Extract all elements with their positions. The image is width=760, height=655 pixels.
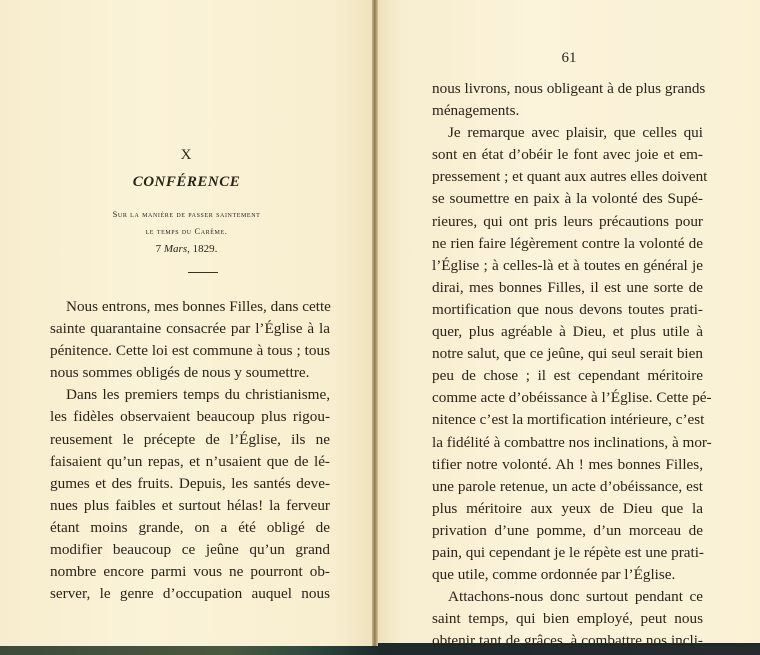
- text-line: nous livrons, nous obligeant à de plus g…: [432, 78, 703, 100]
- text-line: server, le genre d’occupation auquel nou…: [50, 583, 330, 605]
- page-number: 61: [378, 50, 760, 67]
- section-rule: [188, 272, 218, 273]
- text-line: tifier notre volonté. Ah ! mes bonnes Fi…: [432, 454, 703, 476]
- text-line: ménagements.: [432, 100, 703, 122]
- text-line: sainte quarantaine consacrée par l’Églis…: [50, 318, 330, 340]
- text-line: mortification que nous devons toutes pra…: [432, 299, 703, 321]
- text-line: privation d’une pomme, d’un morceau de: [432, 520, 703, 542]
- date-year: 1829.: [193, 243, 218, 255]
- chapter-subtitle-line2: le temps du Carême.: [0, 226, 373, 236]
- text-line: notre salut, que ce jeûne, qui seul sera…: [432, 343, 703, 365]
- chapter-date: 7 Mars, 1829.: [0, 243, 373, 255]
- text-line: saint temps, qui bien employé, peut nous: [432, 608, 703, 630]
- text-line: faisaient qu’un repas, et n’usaient que …: [50, 451, 330, 473]
- text-line: reusement le précepte de l’Église, ils n…: [50, 429, 330, 451]
- text-line: gumes et des fruits. Depuis, les santés …: [50, 473, 330, 495]
- text-line: se soumettre en paix à la volonté des Su…: [432, 188, 703, 210]
- text-line: plus méritoire aux yeux de Dieu que la: [432, 498, 703, 520]
- text-line: nous sommes obligés de nous y soumettre.: [50, 362, 330, 384]
- text-line: Nous entrons, mes bonnes Filles, dans ce…: [50, 296, 330, 318]
- text-line: Dans les premiers temps du christianisme…: [50, 384, 330, 406]
- text-line: sont en état d’obéir le font avec joie e…: [432, 144, 703, 166]
- text-line: étant moins grande, on a été obligé de: [50, 517, 330, 539]
- text-line: nombre encore parmi vous ne pourront ob-: [50, 561, 330, 583]
- text-line: Je remarque avec plaisir, que celles qui: [432, 122, 703, 144]
- text-line: une parole retenue, un acte d’obéissance…: [432, 476, 703, 498]
- text-line: comme acte d’obéissance à l’Église. Cett…: [432, 387, 703, 409]
- text-line: l’Église ; à celles-là et à toutes en gé…: [432, 255, 703, 277]
- text-line: quer, plus agréable à Dieu, et plus util…: [432, 321, 703, 343]
- text-line: la fidélité à combattre nos inclinations…: [432, 432, 703, 454]
- text-line: ne rien faire légèrement contre la volon…: [432, 233, 703, 255]
- text-line: pressement ; et quant aux autres elles d…: [432, 166, 703, 188]
- chapter-subtitle-line1: Sur la manière de passer saintement: [0, 209, 373, 219]
- chapter-title: CONFÉRENCE: [0, 174, 373, 191]
- text-line: Attachons-nous donc surtout pendant ce: [432, 586, 703, 608]
- open-book-spread: X CONFÉRENCE Sur la manière de passer sa…: [0, 0, 760, 648]
- text-line: modifier beaucoup ce jeûne qu’un grand: [50, 539, 330, 561]
- text-line: que utile, comme ordonnée par l’Église.: [432, 564, 703, 586]
- text-line: nues plus faibles et surtout hélas! la f…: [50, 495, 330, 517]
- text-line: peu de chose ; il est cependant méritoir…: [432, 365, 703, 387]
- text-line: nitence c’est la mortification intérieur…: [432, 409, 703, 431]
- book-cover-edge: [0, 646, 760, 655]
- chapter-number: X: [0, 147, 373, 164]
- text-line: pénitence. Cette loi est commune à tous …: [50, 340, 330, 362]
- text-line: dirai, mes bonnes Filles, il est une sor…: [432, 277, 703, 299]
- text-line: les fidèles observaient beaucoup plus ri…: [50, 406, 330, 428]
- left-page-body: Nous entrons, mes bonnes Filles, dans ce…: [50, 296, 330, 605]
- text-line: rieures, qui ont pris leurs précautions …: [432, 211, 703, 233]
- text-line: pain, qui cependant je le répète est une…: [432, 542, 703, 564]
- date-day: 7: [156, 243, 162, 255]
- date-month: Mars,: [164, 243, 190, 255]
- right-page-body: nous livrons, nous obligeant à de plus g…: [432, 78, 703, 652]
